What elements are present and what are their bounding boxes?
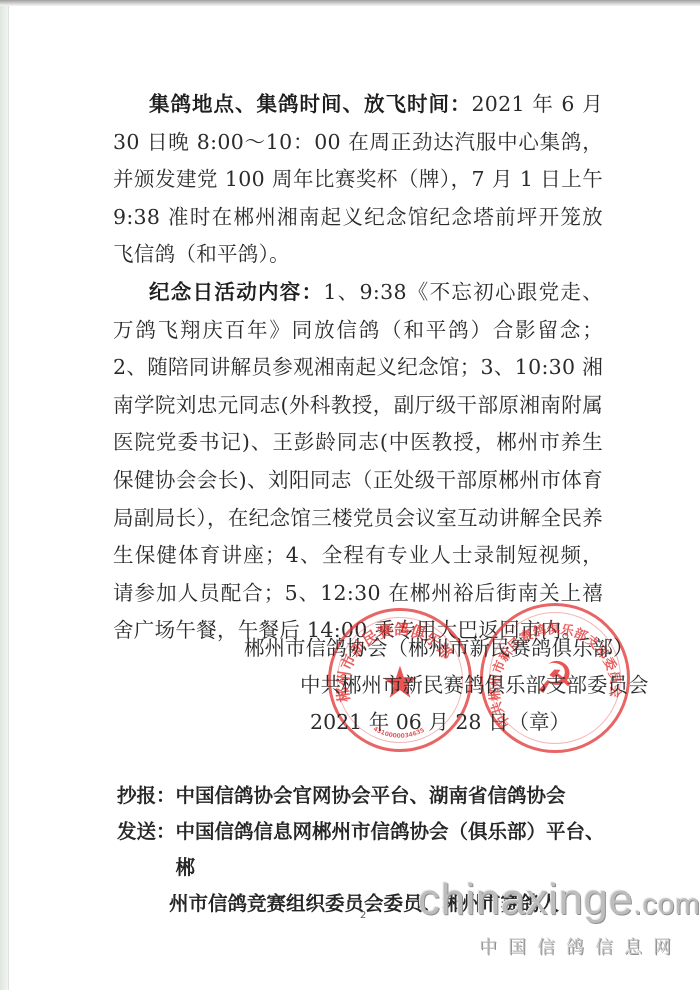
paragraph-activity-content: 纪念日活动内容：1、9:38《不忘初心跟党走、万鸽飞翔庆百年》同放信鸽（和平鸽）… xyxy=(113,274,603,650)
watermark-domain: chinaxinge.com xyxy=(418,878,688,927)
paragraph-text: 1、9:38《不忘初心跟党走、万鸽飞翔庆百年》同放信鸽（和平鸽）合影留念；2、随… xyxy=(113,280,603,642)
paragraph-lead: 集鸽地点、集鸽时间、放飞时间： xyxy=(149,92,471,116)
site-watermark: chinaxinge.com 中国信鸽信息网 xyxy=(418,878,688,959)
page-number: 2 xyxy=(360,910,366,921)
watermark-domain-tld: .com xyxy=(633,888,700,921)
cc-value: 中国信鸽协会官网协会平台、湖南省信鸽协会 xyxy=(176,778,617,814)
paragraph-gathering-info: 集鸽地点、集鸽时间、放飞时间：2021 年 6 月 30 日晚 8:00～10：… xyxy=(113,86,603,274)
watermark-domain-main: chinaxinge xyxy=(418,875,633,924)
watermark-site-name: 中国信鸽信息网 xyxy=(418,933,688,959)
send-label: 发送： xyxy=(117,814,176,886)
scan-edge-top xyxy=(0,0,700,6)
cc-row: 抄报： 中国信鸽协会官网协会平台、湖南省信鸽协会 xyxy=(117,778,617,814)
scan-edge-left xyxy=(0,6,8,990)
paragraph-lead: 纪念日活动内容： xyxy=(149,280,323,304)
signature-block: 郴州市信鸽协会（郴州市新民赛鸽俱乐部） 中共郴州市新民赛鸽俱乐部支部委员会 20… xyxy=(240,630,620,741)
signature-organization: 郴州市信鸽协会（郴州市新民赛鸽俱乐部） xyxy=(244,630,620,667)
signature-date: 2021 年 06 月 28 日（章） xyxy=(260,704,620,741)
signature-party-branch: 中共郴州市新民赛鸽俱乐部支部委员会 xyxy=(300,667,620,704)
document-body: 集鸽地点、集鸽时间、放飞时间：2021 年 6 月 30 日晚 8:00～10：… xyxy=(113,86,603,650)
scan-edge-left-line xyxy=(8,6,9,990)
paragraph-text: 2021 年 6 月 30 日晚 8:00～10：00 在周正劲达汽服中心集鸽，… xyxy=(113,92,603,266)
cc-label: 抄报： xyxy=(117,778,176,814)
